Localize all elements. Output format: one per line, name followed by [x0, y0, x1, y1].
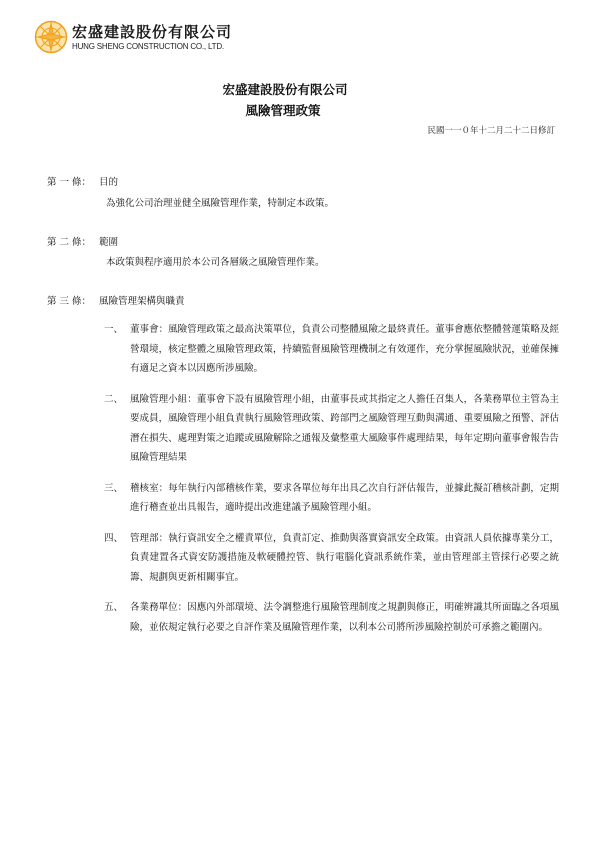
item-text: 稽核室：每年執行內部稽核作業，要求各單位每年出具乙次自行評估報告，並據此擬訂稽核… [130, 483, 559, 514]
logo-company-name-cn: 宏盛建設股份有限公司 [72, 21, 232, 42]
article-title: 目的 [99, 177, 118, 188]
list-item-business-units: 五、 各業務單位：因應內外部環境、法令調整進行風險管理制度之規劃與修正，明確辨識… [104, 598, 559, 637]
article-body: 為強化公司治理並健全風險管理作業，特制定本政策。 [106, 196, 334, 211]
item-number: 三、 [104, 479, 123, 499]
article-title: 風險管理架構與職責 [99, 296, 185, 307]
article-1: 第 一 條：目的 為強化公司治理並健全風險管理作業，特制定本政策。 [47, 175, 118, 190]
item-number: 一、 [104, 320, 123, 340]
article-number: 第 一 條： [47, 175, 99, 190]
article-title: 範圍 [99, 237, 118, 248]
list-item-board: 一、 董事會：風險管理政策之最高決策單位，負責公司整體風險之最終責任。董事會應依… [104, 320, 559, 379]
item-text: 各業務單位：因應內外部環境、法令調整進行風險管理制度之規劃與修正，明確辨識其所面… [130, 602, 559, 633]
article-2: 第 二 條：範圍 本政策與程序適用於本公司各層級之風險管理作業。 [47, 235, 118, 250]
document-title: 風險管理政策 [218, 101, 348, 119]
compass-rose-emblem-icon [34, 20, 68, 54]
item-number: 五、 [104, 598, 123, 618]
article-heading: 第 二 條：範圍 [47, 235, 118, 250]
item-number: 四、 [104, 529, 123, 549]
article-3: 第 三 條：風險管理架構與職責 [47, 294, 185, 309]
item-text: 風險管理小組：董事會下設有風險管理小組，由董事長或其指定之人擔任召集人，各業務單… [130, 394, 559, 464]
item-number: 二、 [104, 390, 123, 410]
list-item-audit-office: 三、 稽核室：每年執行內部稽核作業，要求各單位每年出具乙次自行評估報告，並據此擬… [104, 479, 559, 518]
company-title: 宏盛建設股份有限公司 [200, 80, 370, 98]
item-text: 董事會：風險管理政策之最高決策單位，負責公司整體風險之最終責任。董事會應依整體營… [130, 324, 559, 374]
article-heading: 第 一 條：目的 [47, 175, 118, 190]
item-text: 管理部：執行資訊安全之權責單位，負責訂定、推動與落實資訊安全政策。由資訊人員依據… [130, 533, 559, 583]
responsibility-list: 一、 董事會：風險管理政策之最高決策單位，負責公司整體風險之最終責任。董事會應依… [104, 320, 559, 648]
logo-company-name-en: HUNG SHENG CONSTRUCTION CO., LTD. [72, 42, 224, 51]
list-item-management-dept: 四、 管理部：執行資訊安全之權責單位，負責訂定、推動與落實資訊安全政策。由資訊人… [104, 529, 559, 588]
article-number: 第 二 條： [47, 235, 99, 250]
article-number: 第 三 條： [47, 294, 99, 309]
revision-date: 民國一一０年十二月二十二日修訂 [427, 124, 555, 136]
list-item-risk-committee: 二、 風險管理小組：董事會下設有風險管理小組，由董事長或其指定之人擔任召集人，各… [104, 390, 559, 468]
article-heading: 第 三 條：風險管理架構與職責 [47, 294, 185, 309]
company-logo: 宏盛建設股份有限公司 HUNG SHENG CONSTRUCTION CO., … [34, 20, 254, 56]
article-body: 本政策與程序適用於本公司各層級之風險管理作業。 [106, 255, 325, 270]
